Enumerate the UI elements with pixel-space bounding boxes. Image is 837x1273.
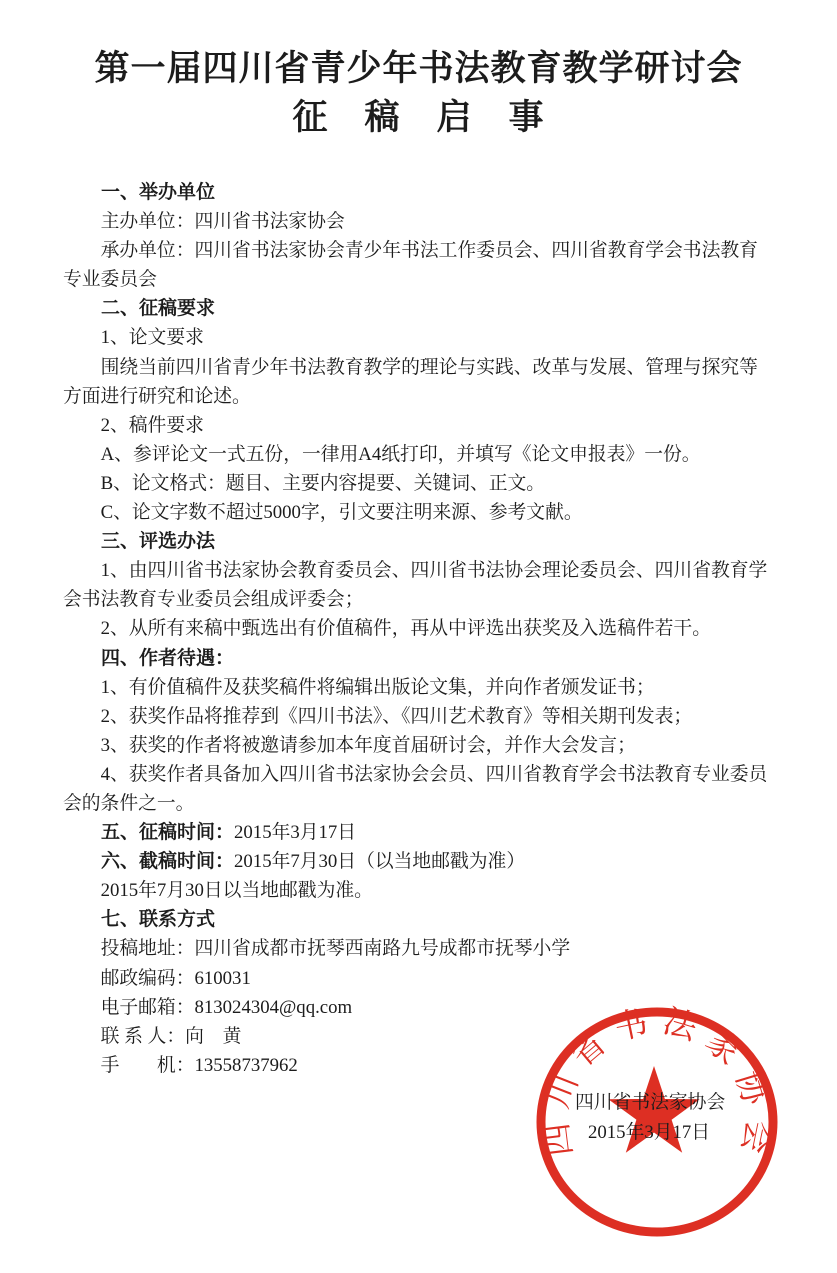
paragraph: 2015年7月30日以当地邮戳为准。	[63, 876, 776, 905]
heading-date: 2015年7月30日（以当地邮戳为准）	[234, 851, 525, 872]
paragraph: B、论文格式：题目、主要内容提要、关键词、正文。	[63, 469, 776, 498]
paragraph: 主办单位：四川省书法家协会	[63, 207, 776, 236]
section-heading: 一、举办单位	[63, 178, 776, 207]
paragraph: C、论文字数不超过5000字，引文要注明来源、参考文献。	[63, 498, 776, 527]
title-block: 第一届四川省青少年书法教育教学研讨会 征 稿 启 事	[0, 44, 837, 142]
section-heading: 三、评选办法	[63, 527, 776, 556]
signature-organization: 四川省书法家协会	[575, 1088, 725, 1118]
section-heading: 七、联系方式	[63, 905, 776, 934]
paragraph: 3、获奖的作者将被邀请参加本年度首届研讨会，并作大会发言；	[63, 731, 776, 760]
doc-title-line1: 第一届四川省青少年书法教育教学研讨会	[0, 44, 837, 93]
section-call-start-date: 五、征稿时间：2015年3月17日	[63, 818, 776, 847]
paragraph: 承办单位：四川省书法家协会青少年书法工作委员会、四川省教育学会书法教育专业委员会	[63, 236, 776, 294]
section-host-units: 一、举办单位 主办单位：四川省书法家协会 承办单位：四川省书法家协会青少年书法工…	[63, 178, 776, 294]
signature-block: 四川省书法家协会 2015年3月17日	[575, 1088, 725, 1147]
paragraph: 1、有价值稿件及获奖稿件将编辑出版论文集，并向作者颁发证书；	[63, 673, 776, 702]
section-heading: 四、作者待遇：	[63, 644, 776, 673]
paragraph: 2、稿件要求	[63, 411, 776, 440]
contact-postcode: 邮政编码：610031	[63, 964, 776, 993]
paragraph: 1、论文要求	[63, 323, 776, 352]
document-body: 一、举办单位 主办单位：四川省书法家协会 承办单位：四川省书法家协会青少年书法工…	[63, 178, 776, 1080]
heading-date: 2015年3月17日	[234, 822, 356, 843]
section-submission-requirements: 二、征稿要求 1、论文要求 围绕当前四川省青少年书法教育教学的理论与实践、改革与…	[63, 294, 776, 527]
paragraph: 4、获奖作者具备加入四川省书法家协会会员、四川省教育学会书法教育专业委员会的条件…	[63, 760, 776, 818]
section-deadline: 六、截稿时间：2015年7月30日（以当地邮戳为准） 2015年7月30日以当地…	[63, 847, 776, 905]
doc-title-line2: 征 稿 启 事	[0, 93, 837, 142]
section-heading: 五、征稿时间：2015年3月17日	[63, 818, 776, 847]
signature-date: 2015年3月17日	[575, 1118, 725, 1148]
section-author-benefits: 四、作者待遇： 1、有价值稿件及获奖稿件将编辑出版论文集，并向作者颁发证书； 2…	[63, 644, 776, 819]
paragraph: 2、从所有来稿中甄选出有价值稿件，再从中评选出获奖及入选稿件若干。	[63, 614, 776, 643]
paragraph: 围绕当前四川省青少年书法教育教学的理论与实践、改革与发展、管理与探究等方面进行研…	[63, 353, 776, 411]
section-heading: 二、征稿要求	[63, 294, 776, 323]
paragraph: 1、由四川省书法家协会教育委员会、四川省书法协会理论委员会、四川省教育学会书法教…	[63, 556, 776, 614]
section-heading: 六、截稿时间：2015年7月30日（以当地邮戳为准）	[63, 847, 776, 876]
paragraph: A、参评论文一式五份，一律用A4纸打印，并填写《论文申报表》一份。	[63, 440, 776, 469]
document-page: 第一届四川省青少年书法教育教学研讨会 征 稿 启 事 一、举办单位 主办单位：四…	[0, 0, 837, 1273]
section-selection-method: 三、评选办法 1、由四川省书法家协会教育委员会、四川省书法协会理论委员会、四川省…	[63, 527, 776, 643]
paragraph: 2、获奖作品将推荐到《四川书法》、《四川艺术教育》等相关期刊发表；	[63, 702, 776, 731]
contact-address: 投稿地址：四川省成都市抚琴西南路九号成都市抚琴小学	[63, 934, 776, 963]
